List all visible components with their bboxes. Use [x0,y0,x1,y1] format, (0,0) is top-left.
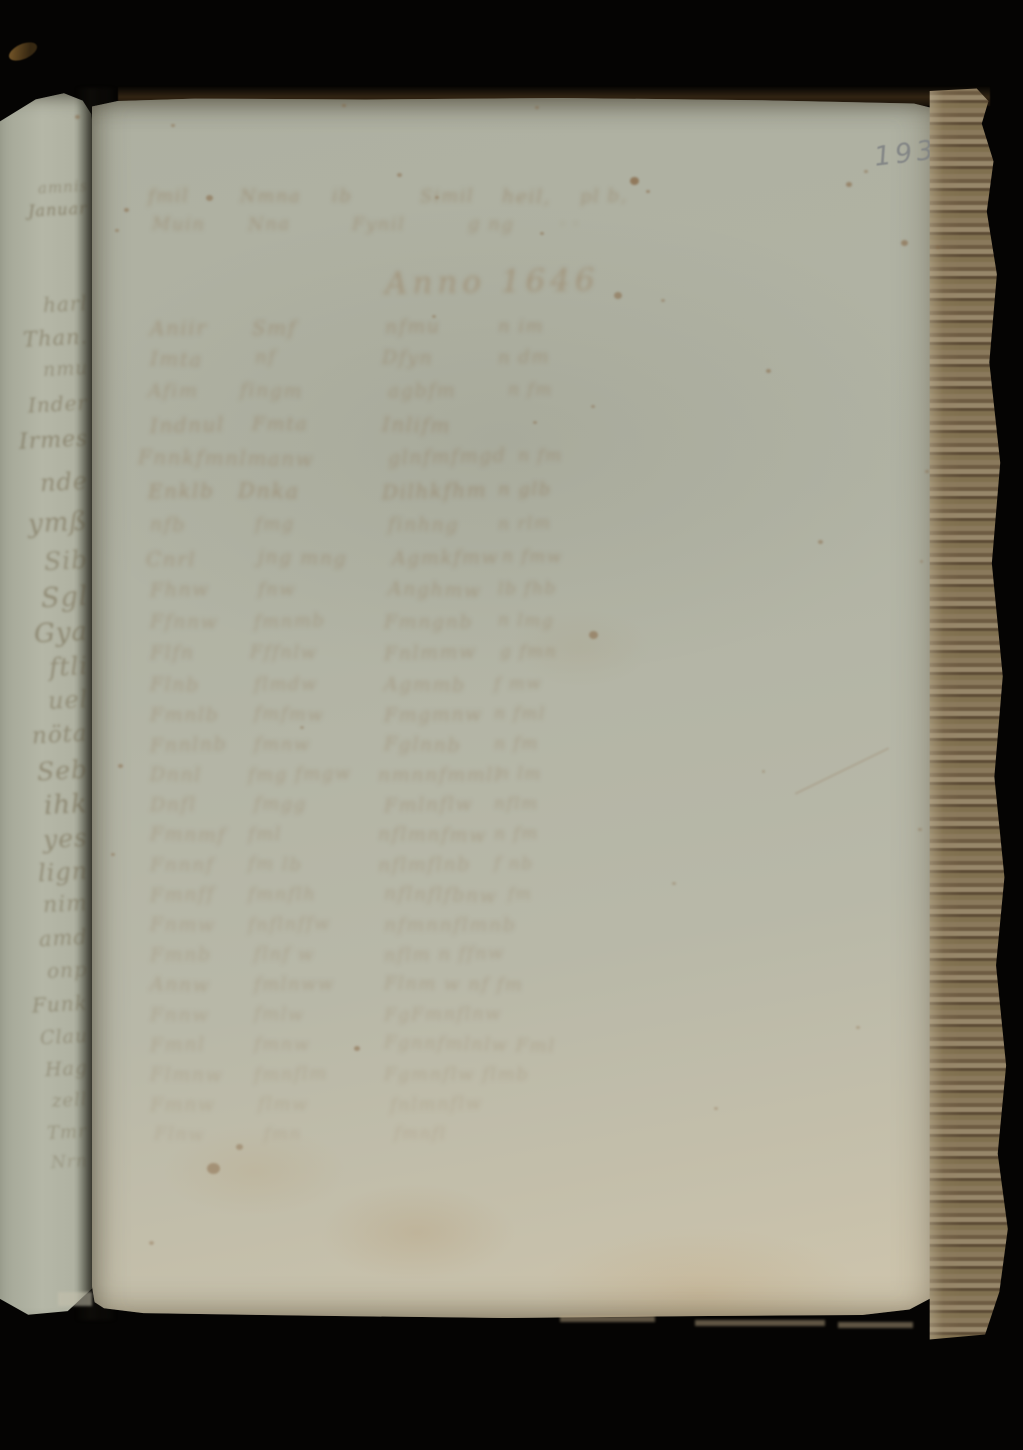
foxing-spot [115,229,119,232]
foxing-spot [925,470,929,473]
foxing-spot [766,369,771,373]
foxing-spot [614,292,622,299]
foxing-spot [661,299,665,302]
foxing-spot [630,177,639,185]
foxing-spot [354,1046,360,1051]
foxing-spot [762,770,765,773]
foxing-spot [535,106,539,109]
foxing-spot [300,726,304,729]
foxing-spot [646,190,650,193]
foxing-spot [589,631,598,639]
foxing-spot [714,1107,718,1110]
foxing-spot [397,173,402,177]
foxing-spot [207,1163,220,1174]
foxing-spot [864,170,868,173]
foxing-spot [901,240,908,246]
foxing-spot [342,104,346,107]
foxing-spot [171,124,175,127]
foxing-spot [918,828,922,831]
foxing-spot [846,182,852,187]
foxing-spots-layer [0,0,1023,1450]
manuscript-photo-scene: amnisJanuarharlThan.nmuInderIrmesndeymßS… [0,0,1023,1450]
bottom-page-edge-streak [560,1316,655,1322]
foxing-spot [591,405,595,408]
foxing-spot [118,764,123,768]
foxing-spot [818,540,823,544]
foxing-spot [432,315,436,318]
bottom-page-edge-streak [838,1322,913,1328]
foxing-spot [149,1241,154,1245]
bottom-page-edge-streak [695,1320,825,1326]
foxing-spot [936,246,940,249]
foxing-spot [540,232,544,235]
bottom-page-edge-streak [58,1292,92,1306]
foxing-spot [75,115,80,119]
foxing-spot [236,1144,243,1150]
foxing-spot [672,882,676,885]
foxing-spot [856,1026,860,1029]
foxing-spot [533,421,537,424]
foxing-spot [206,195,213,201]
foxing-spot [111,853,115,856]
foxing-spot [124,208,129,212]
foxing-spot [920,560,923,563]
foxing-spot [435,196,439,199]
